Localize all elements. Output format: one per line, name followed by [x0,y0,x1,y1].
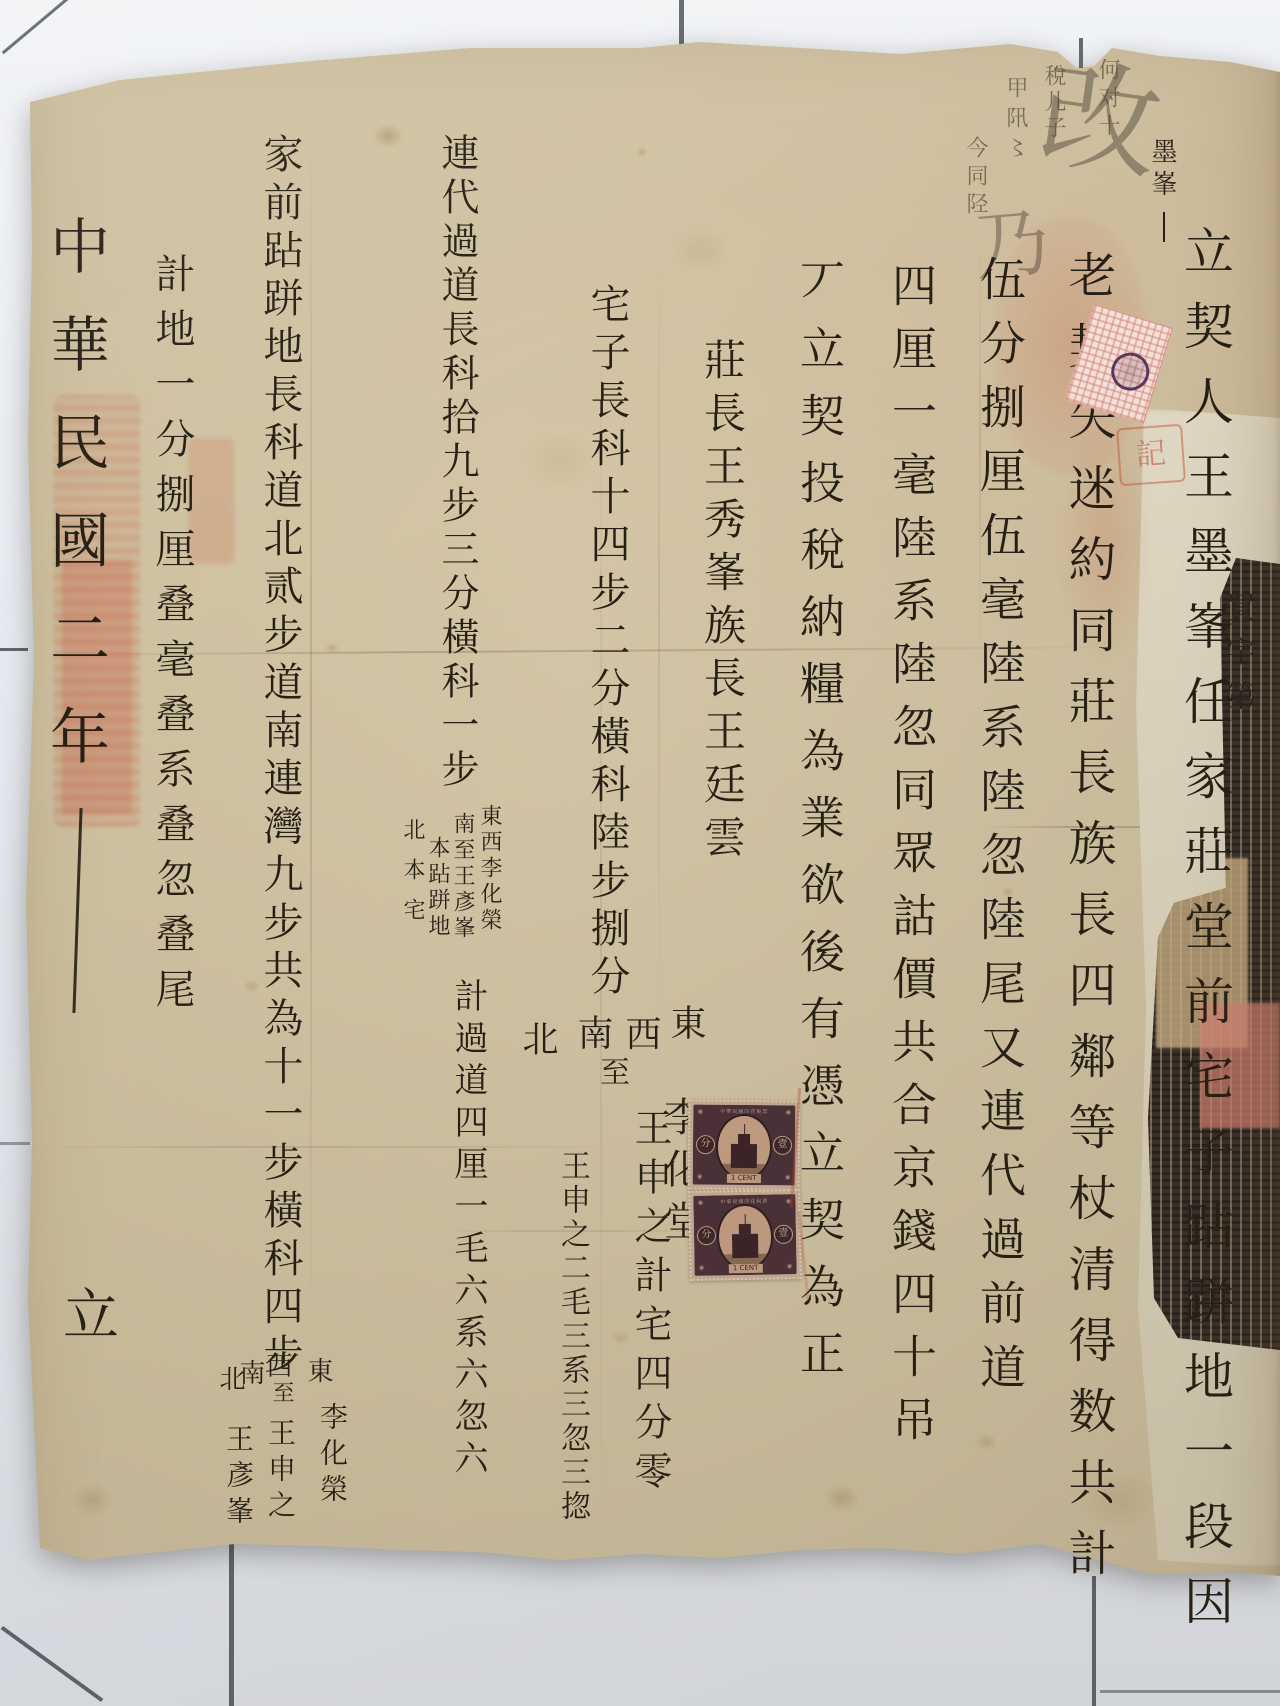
closing-character: 立 [58,1285,114,1341]
cursive-annotation-col-3: 甲阠〻 [1004,76,1026,166]
cursive-annotation-col-2: 稅儿子 [1042,64,1064,142]
stamp-flag-pole [744,1124,745,1134]
deed-column-2: 老契失迷約同莊長族長四鄰等杖清得数共計 [1064,250,1112,1599]
front-boundary-head-west: 西 [264,1352,290,1378]
cursive-annotation-col-4: 今同陉 [964,136,986,220]
front-boundary-head-to: 至 [270,1381,292,1403]
front-boundary-name-3: 王彥峯 [224,1424,252,1532]
era-date-column: 中華民國二年 [45,215,105,803]
stamp-flag-pole [745,1214,746,1224]
stamp-right-denomination: 壹 [774,1225,793,1244]
deed-column-5: 丆立契投稅納糧為業欲後有憑立契為正 [796,258,841,1397]
margin-name: 墨峯 [1149,138,1175,202]
deed-column-1: 立契人王墨峯任家莊堂前宅子跕跰地一段因 [1180,225,1230,1650]
passage-boundary-col-2: 南至王彥峯 [451,812,473,942]
deed-column-10: 家前跕跰地長科道北贰步道南連灣九步共為十一步橫科四步 [260,133,300,1381]
boundary-head-north: 北 [519,1020,555,1056]
stamp-tower-icon [732,1233,758,1257]
boundary-head-west-to: 至 [596,1056,626,1086]
boundary-head-south: 南 [574,1014,610,1050]
deed-column-4: 四厘一毫陸系陸忽同眾詁價共合京錢四十吊 [888,262,933,1459]
passage-boundary-col-4: 北本宅 [401,818,423,938]
boundary-head-east: 東 [667,1004,703,1040]
stamp-right-denomination: 壹 [773,1136,792,1155]
passage-boundary-col-1: 東西李化榮 [478,804,500,934]
deed-column-7: 宅子長科十四步二分橫科陸步捌分 [587,283,627,1003]
boundary-head-west: 西 [622,1015,658,1051]
postmark-circle [1107,348,1154,395]
stamp-value-text: 1 CENT [727,1174,761,1183]
passage-boundary-col-3: 本跕跰地 [426,836,448,940]
revenue-stamp-2: 中華民國印花稅票 分 壹 1 CENT [688,1189,802,1281]
boundary-name-south: 王申之二毛三系三忽三㧾 [557,1150,587,1524]
stamp-left-denomination: 分 [697,1226,716,1245]
stamp-frame: 中華民國印花稅票 分 壹 1 CENT [693,1194,796,1276]
boundary-name-west: 王申之計宅四分零 [631,1108,669,1500]
front-boundary-head-east: 東 [305,1357,331,1383]
stamp-tower-top [739,1223,751,1233]
stamp-value-text: 1 CENT [729,1264,763,1274]
revenue-stamp-1: 中華民國印花稅票 分 壹 1 CENT [688,1100,801,1191]
stamp-frame: 中華民國印花稅票 分 壹 1 CENT [693,1105,796,1186]
deed-column-8: 連代過道長科拾九步三分橫科一步 [438,133,476,793]
deed-column-9: 計過道四厘一毛六系六忽六 [451,978,485,1482]
registry-label: 買字第 [1222,592,1252,724]
front-boundary-name-1: 李化榮 [318,1402,346,1510]
deed-column-6: 莊長王秀峯族長王廷雲 [701,338,743,868]
stamp-left-denomination: 分 [696,1135,715,1154]
brush-stroke-line [1163,212,1165,242]
front-boundary-head-north: 北 [217,1365,243,1391]
stamp-tower-icon [731,1143,757,1167]
stamp-tower-top [738,1134,750,1144]
deed-column-3: 伍分捌厘伍毫陸系陸忽陸尾又連代過前道 [977,255,1023,1407]
cursive-annotation-col-1: 何对十 [1096,58,1118,142]
stamp-oval [716,1203,773,1270]
stamp-oval [716,1113,773,1179]
deed-column-11: 計地一分捌厘叠毫叠系叠忽叠尾 [152,253,192,1023]
front-boundary-name-2: 王申之 [266,1418,294,1526]
photographed-land-deed: 記 改 乃 何对十 稅儿子 甲阠〻 今同陉 墨峯 買字第 立契人王墨峯任家莊堂前… [0,0,1280,1706]
